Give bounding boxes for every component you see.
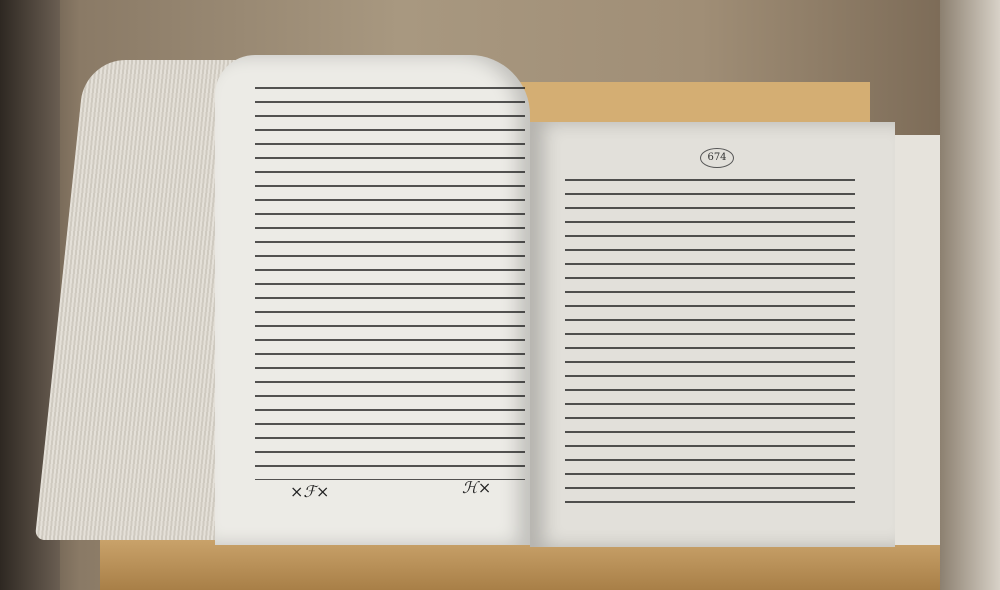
signature-right: ℋ⨯ xyxy=(462,478,491,497)
right-page-handwriting xyxy=(565,172,855,507)
folio-number: 674 xyxy=(700,148,734,168)
left-page-handwriting xyxy=(255,80,525,480)
signature-left: ⨯ℱ⨯ xyxy=(290,482,329,501)
wooden-stand xyxy=(100,540,940,590)
right-wall xyxy=(940,0,1000,590)
